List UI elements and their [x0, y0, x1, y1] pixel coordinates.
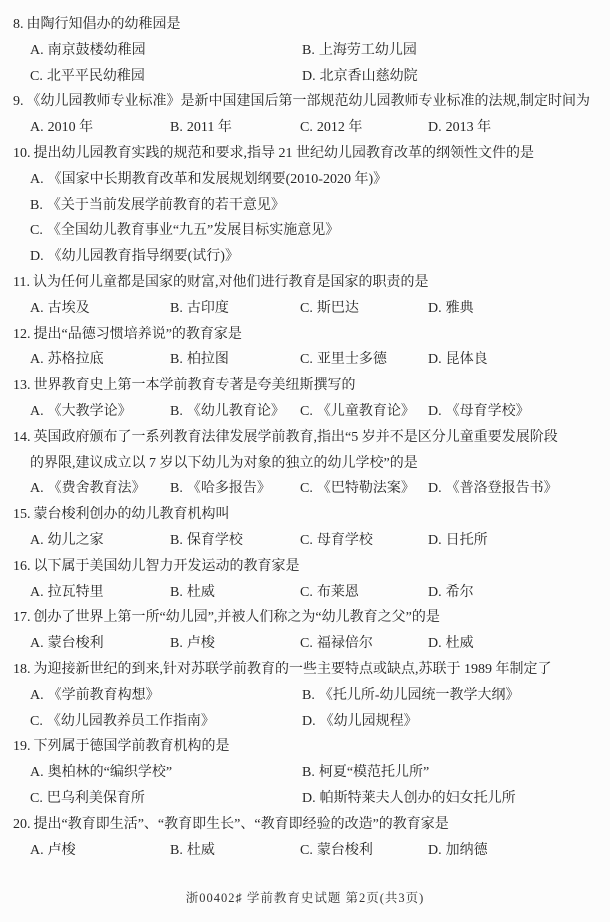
option-text: 北京香山慈幼院 — [320, 69, 418, 84]
option-label: D. — [428, 301, 442, 316]
option-label: D. — [302, 791, 316, 806]
option-label: C. — [300, 404, 313, 419]
question-stem: 17.创办了世界上第一所“幼儿园”,并被人们称之为“幼儿教育之父”的是 — [13, 605, 610, 631]
option-text: 希尔 — [446, 585, 474, 600]
option-b: B.保育学校 — [170, 528, 300, 554]
option-label: C. — [300, 120, 313, 135]
option-text: 苏格拉底 — [48, 352, 104, 367]
option-label: A. — [30, 352, 44, 367]
option-a: A.幼儿之家 — [30, 528, 170, 554]
page-footer: 浙00402♯ 学前教育史试题 第2页(共3页) — [0, 888, 610, 906]
options-row: C.《幼儿园教养员工作指南》D.《幼儿园规程》 — [13, 709, 610, 735]
option-label: C. — [300, 352, 313, 367]
option-a: A.古埃及 — [30, 296, 170, 322]
option-text: 杜威 — [187, 843, 215, 858]
option-b: B.柏拉图 — [170, 347, 300, 373]
options-row: A.奥柏林的“编织学校”B.柯夏“模范托儿所” — [13, 760, 610, 786]
option-d: D.杜威 — [428, 631, 474, 657]
option-b: B.柯夏“模范托儿所” — [302, 760, 429, 786]
options-row: C.《全国幼儿教育事业“九五”发展目标实施意见》 — [13, 218, 610, 244]
option-text: 母育学校 — [317, 533, 373, 548]
option-text: 2011 年 — [187, 120, 232, 135]
option-text: 北平平民幼稚园 — [47, 69, 145, 84]
option-label: A. — [30, 120, 44, 135]
option-text: 昆体良 — [446, 352, 488, 367]
option-text: 亚里士多德 — [317, 352, 387, 367]
option-label: A. — [30, 404, 44, 419]
option-label: A. — [30, 585, 44, 600]
option-label: C. — [300, 533, 313, 548]
option-label: D. — [428, 481, 442, 496]
question-number: 17. — [13, 610, 31, 625]
option-label: C. — [30, 791, 43, 806]
option-d: D.《幼儿园规程》 — [302, 709, 418, 735]
option-label: B. — [170, 352, 183, 367]
question-11: 11.认为任何儿童都是国家的财富,对他们进行教育是国家的职责的是A.古埃及B.古… — [13, 270, 610, 322]
option-b: B.《哈多报告》 — [170, 476, 300, 502]
option-text: 帕斯特莱夫人创办的妇女托儿所 — [320, 791, 516, 806]
option-text: 《幼儿园教育指导纲要(试行)》 — [48, 249, 239, 264]
option-label: C. — [300, 843, 313, 858]
options-row: A.拉瓦特里B.杜威C.布莱恩D.希尔 — [13, 580, 610, 606]
option-c: C.蒙台梭利 — [300, 838, 428, 864]
option-label: A. — [30, 301, 44, 316]
question-number: 10. — [13, 146, 31, 161]
option-text: 2010 年 — [48, 120, 94, 135]
option-d: D.加纳德 — [428, 838, 488, 864]
option-text: 《巴特勒法案》 — [317, 481, 415, 496]
option-c: C.《全国幼儿教育事业“九五”发展目标实施意见》 — [30, 218, 339, 244]
option-c: C.巴乌利美保育所 — [30, 786, 302, 812]
question-stem-text: 英国政府颁布了一系列教育法律发展学前教育,指出“5 岁并不是区分儿童重要发展阶段 — [34, 430, 558, 445]
options-row: B.《关于当前发展学前教育的若干意见》 — [13, 193, 610, 219]
option-a: A.蒙台梭利 — [30, 631, 170, 657]
question-stem-text: 由陶行知倡办的幼稚园是 — [27, 17, 181, 32]
question-12: 12.提出“品德习惯培养说”的教育家是A.苏格拉底B.柏拉图C.亚里士多德D.昆… — [13, 322, 610, 374]
option-label: C. — [30, 223, 43, 238]
option-text: 蒙台梭利 — [317, 843, 373, 858]
option-label: A. — [30, 843, 44, 858]
question-list: 8.由陶行知倡办的幼稚园是A.南京鼓楼幼稚园B.上海劳工幼儿园C.北平平民幼稚园… — [13, 12, 610, 863]
question-stem: 8.由陶行知倡办的幼稚园是 — [13, 12, 610, 38]
question-stem-text: 蒙台梭利创办的幼儿教育机构叫 — [34, 507, 230, 522]
option-c: C.2012 年 — [300, 115, 428, 141]
option-a: A.苏格拉底 — [30, 347, 170, 373]
question-stem-text: 提出幼儿园教育实践的规范和要求,指导 21 世纪幼儿园教育改革的纲领性文件的是 — [34, 146, 535, 161]
option-label: C. — [300, 481, 313, 496]
option-text: 柏拉图 — [187, 352, 229, 367]
option-label: A. — [30, 481, 44, 496]
option-text: 卢梭 — [48, 843, 76, 858]
option-label: B. — [170, 404, 183, 419]
question-number: 13. — [13, 378, 31, 393]
option-text: 奥柏林的“编织学校” — [48, 765, 172, 780]
exam-page: 8.由陶行知倡办的幼稚园是A.南京鼓楼幼稚园B.上海劳工幼儿园C.北平平民幼稚园… — [0, 0, 610, 922]
option-label: D. — [428, 843, 442, 858]
option-b: B.2011 年 — [170, 115, 300, 141]
option-label: C. — [30, 714, 43, 729]
option-label: B. — [170, 585, 183, 600]
question-stem-text: 认为任何儿童都是国家的财富,对他们进行教育是国家的职责的是 — [33, 275, 429, 290]
question-stem-text: 提出“教育即生活”、“教育即生长”、“教育即经验的改造”的教育家是 — [34, 817, 449, 832]
question-stem: 10.提出幼儿园教育实践的规范和要求,指导 21 世纪幼儿园教育改革的纲领性文件… — [13, 141, 610, 167]
option-text: 柯夏“模范托儿所” — [319, 765, 429, 780]
question-stem-text: 下列属于德国学前教育机构的是 — [34, 739, 230, 754]
option-label: D. — [302, 69, 316, 84]
option-text: 斯巴达 — [317, 301, 359, 316]
question-number: 8. — [13, 17, 24, 32]
option-b: B.《关于当前发展学前教育的若干意见》 — [30, 193, 285, 219]
option-text: 2013 年 — [446, 120, 492, 135]
option-label: B. — [302, 688, 315, 703]
option-b: B.卢梭 — [170, 631, 300, 657]
question-number: 18. — [13, 662, 31, 677]
option-label: D. — [30, 249, 44, 264]
question-8: 8.由陶行知倡办的幼稚园是A.南京鼓楼幼稚园B.上海劳工幼儿园C.北平平民幼稚园… — [13, 12, 610, 89]
option-b: B.上海劳工幼儿园 — [302, 38, 417, 64]
question-stem: 13.世界教育史上第一本学前教育专著是夸美纽斯撰写的 — [13, 373, 610, 399]
option-label: B. — [302, 43, 315, 58]
option-text: 《关于当前发展学前教育的若干意见》 — [47, 198, 285, 213]
option-text: 古埃及 — [48, 301, 90, 316]
option-label: D. — [302, 714, 316, 729]
option-text: 《国家中长期教育改革和发展规划纲要(2010-2020 年)》 — [48, 172, 388, 187]
option-text: 《大教学论》 — [48, 404, 132, 419]
option-label: C. — [300, 585, 313, 600]
option-c: C.《幼儿园教养员工作指南》 — [30, 709, 302, 735]
option-text: 巴乌利美保育所 — [47, 791, 145, 806]
option-label: C. — [300, 301, 313, 316]
question-stem-text: 以下属于美国幼儿智力开发运动的教育家是 — [34, 559, 300, 574]
option-d: D.《母育学校》 — [428, 399, 530, 425]
option-d: D.2013 年 — [428, 115, 491, 141]
option-label: A. — [30, 43, 44, 58]
question-20: 20.提出“教育即生活”、“教育即生长”、“教育即经验的改造”的教育家是A.卢梭… — [13, 812, 610, 864]
option-text: 《儿童教育论》 — [317, 404, 415, 419]
question-17: 17.创办了世界上第一所“幼儿园”,并被人们称之为“幼儿教育之父”的是A.蒙台梭… — [13, 605, 610, 657]
option-label: A. — [30, 172, 44, 187]
option-label: B. — [170, 843, 183, 858]
options-row: A.苏格拉底B.柏拉图C.亚里士多德D.昆体良 — [13, 347, 610, 373]
question-13: 13.世界教育史上第一本学前教育专著是夸美纽斯撰写的A.《大教学论》B.《幼儿教… — [13, 373, 610, 425]
option-c: C.斯巴达 — [300, 296, 428, 322]
question-14: 14.英国政府颁布了一系列教育法律发展学前教育,指出“5 岁并不是区分儿童重要发… — [13, 425, 610, 502]
option-a: A.卢梭 — [30, 838, 170, 864]
question-number: 12. — [13, 327, 31, 342]
option-label: B. — [170, 301, 183, 316]
option-text: 《普洛登报告书》 — [446, 481, 558, 496]
option-label: C. — [30, 69, 43, 84]
question-stem: 19.下列属于德国学前教育机构的是 — [13, 734, 610, 760]
option-a: A.《学前教育构想》 — [30, 683, 302, 709]
option-label: A. — [30, 765, 44, 780]
question-stem: 14.英国政府颁布了一系列教育法律发展学前教育,指出“5 岁并不是区分儿童重要发… — [13, 425, 610, 451]
option-text: 《托儿所-幼儿园统一教学大纲》 — [319, 688, 520, 703]
option-label: D. — [428, 352, 442, 367]
question-number: 20. — [13, 817, 31, 832]
question-number: 19. — [13, 739, 31, 754]
option-label: D. — [428, 404, 442, 419]
option-text: 上海劳工幼儿园 — [319, 43, 417, 58]
option-a: A.《费舍教育法》 — [30, 476, 170, 502]
option-label: B. — [170, 120, 183, 135]
option-text: 福禄倍尔 — [317, 636, 373, 651]
option-b: B.《托儿所-幼儿园统一教学大纲》 — [302, 683, 520, 709]
option-c: C.福禄倍尔 — [300, 631, 428, 657]
option-label: B. — [170, 636, 183, 651]
option-a: A.拉瓦特里 — [30, 580, 170, 606]
options-row: A.幼儿之家B.保育学校C.母育学校D.日托所 — [13, 528, 610, 554]
option-c: C.亚里士多德 — [300, 347, 428, 373]
options-row: A.《国家中长期教育改革和发展规划纲要(2010-2020 年)》 — [13, 167, 610, 193]
option-text: 幼儿之家 — [48, 533, 104, 548]
options-row: A.蒙台梭利B.卢梭C.福禄倍尔D.杜威 — [13, 631, 610, 657]
question-18: 18.为迎接新世纪的到来,针对苏联学前教育的一些主要特点或缺点,苏联于 1989… — [13, 657, 610, 734]
option-text: 《幼儿园规程》 — [320, 714, 418, 729]
options-row: A.2010 年B.2011 年C.2012 年D.2013 年 — [13, 115, 610, 141]
question-stem-continued: 的界限,建议成立以 7 岁以下幼儿为对象的独立的幼儿学校”的是 — [13, 451, 610, 477]
option-text: 《费舍教育法》 — [48, 481, 146, 496]
option-text: 南京鼓楼幼稚园 — [48, 43, 146, 58]
option-d: D.帕斯特莱夫人创办的妇女托儿所 — [302, 786, 516, 812]
option-text: 杜威 — [187, 585, 215, 600]
option-text: 卢梭 — [187, 636, 215, 651]
option-label: A. — [30, 636, 44, 651]
option-d: D.昆体良 — [428, 347, 488, 373]
option-c: C.母育学校 — [300, 528, 428, 554]
question-number: 16. — [13, 559, 31, 574]
options-row: A.《大教学论》B.《幼儿教育论》C.《儿童教育论》D.《母育学校》 — [13, 399, 610, 425]
option-text: 《幼儿教育论》 — [187, 404, 285, 419]
option-b: B.古印度 — [170, 296, 300, 322]
option-c: C.《儿童教育论》 — [300, 399, 428, 425]
question-number: 9. — [13, 94, 24, 109]
option-text: 杜威 — [446, 636, 474, 651]
options-row: A.南京鼓楼幼稚园B.上海劳工幼儿园 — [13, 38, 610, 64]
option-label: A. — [30, 533, 44, 548]
option-text: 日托所 — [446, 533, 488, 548]
option-a: A.南京鼓楼幼稚园 — [30, 38, 302, 64]
options-row: A.《费舍教育法》B.《哈多报告》C.《巴特勒法案》D.《普洛登报告书》 — [13, 476, 610, 502]
option-label: B. — [170, 481, 183, 496]
question-number: 15. — [13, 507, 31, 522]
option-text: 蒙台梭利 — [48, 636, 104, 651]
option-d: D.日托所 — [428, 528, 488, 554]
question-9: 9.《幼儿园教师专业标准》是新中国建国后第一部规范幼儿园教师专业标准的法规,制定… — [13, 89, 610, 141]
option-c: C.布莱恩 — [300, 580, 428, 606]
option-b: B.杜威 — [170, 580, 300, 606]
option-text: 雅典 — [446, 301, 474, 316]
option-c: C.北平平民幼稚园 — [30, 64, 302, 90]
question-stem-text: 创办了世界上第一所“幼儿园”,并被人们称之为“幼儿教育之父”的是 — [34, 610, 440, 625]
options-row: D.《幼儿园教育指导纲要(试行)》 — [13, 244, 610, 270]
question-10: 10.提出幼儿园教育实践的规范和要求,指导 21 世纪幼儿园教育改革的纲领性文件… — [13, 141, 610, 270]
options-row: A.《学前教育构想》B.《托儿所-幼儿园统一教学大纲》 — [13, 683, 610, 709]
option-d: D.北京香山慈幼院 — [302, 64, 418, 90]
option-b: B.杜威 — [170, 838, 300, 864]
question-stem-text: 为迎接新世纪的到来,针对苏联学前教育的一些主要特点或缺点,苏联于 1989 年制… — [34, 662, 552, 677]
question-stem-text: 《幼儿园教师专业标准》是新中国建国后第一部规范幼儿园教师专业标准的法规,制定时间… — [27, 94, 591, 109]
question-15: 15.蒙台梭利创办的幼儿教育机构叫A.幼儿之家B.保育学校C.母育学校D.日托所 — [13, 502, 610, 554]
option-label: D. — [428, 120, 442, 135]
question-number: 11. — [13, 275, 30, 290]
question-stem-text: 世界教育史上第一本学前教育专著是夸美纽斯撰写的 — [34, 378, 356, 393]
option-label: C. — [300, 636, 313, 651]
options-row: A.卢梭B.杜威C.蒙台梭利D.加纳德 — [13, 838, 610, 864]
option-b: B.《幼儿教育论》 — [170, 399, 300, 425]
question-stem: 20.提出“教育即生活”、“教育即生长”、“教育即经验的改造”的教育家是 — [13, 812, 610, 838]
option-text: 古印度 — [187, 301, 229, 316]
question-19: 19.下列属于德国学前教育机构的是A.奥柏林的“编织学校”B.柯夏“模范托儿所”… — [13, 734, 610, 811]
option-text: 《幼儿园教养员工作指南》 — [47, 714, 215, 729]
option-text: 布莱恩 — [317, 585, 359, 600]
option-label: D. — [428, 533, 442, 548]
option-d: D.《幼儿园教育指导纲要(试行)》 — [30, 244, 239, 270]
option-text: 加纳德 — [446, 843, 488, 858]
option-label: B. — [170, 533, 183, 548]
option-text: 《全国幼儿教育事业“九五”发展目标实施意见》 — [47, 223, 339, 238]
option-text: 2012 年 — [317, 120, 363, 135]
option-label: D. — [428, 636, 442, 651]
option-d: D.《普洛登报告书》 — [428, 476, 558, 502]
option-a: A.奥柏林的“编织学校” — [30, 760, 302, 786]
question-stem: 18.为迎接新世纪的到来,针对苏联学前教育的一些主要特点或缺点,苏联于 1989… — [13, 657, 610, 683]
option-a: A.《国家中长期教育改革和发展规划纲要(2010-2020 年)》 — [30, 167, 387, 193]
option-d: D.希尔 — [428, 580, 474, 606]
option-label: B. — [30, 198, 43, 213]
option-label: D. — [428, 585, 442, 600]
option-c: C.《巴特勒法案》 — [300, 476, 428, 502]
option-a: A.2010 年 — [30, 115, 170, 141]
question-number: 14. — [13, 430, 31, 445]
question-stem-text: 提出“品德习惯培养说”的教育家是 — [34, 327, 242, 342]
option-text: 保育学校 — [187, 533, 243, 548]
options-row: C.巴乌利美保育所D.帕斯特莱夫人创办的妇女托儿所 — [13, 786, 610, 812]
options-row: A.古埃及B.古印度C.斯巴达D.雅典 — [13, 296, 610, 322]
option-text: 《学前教育构想》 — [48, 688, 160, 703]
question-16: 16.以下属于美国幼儿智力开发运动的教育家是A.拉瓦特里B.杜威C.布莱恩D.希… — [13, 554, 610, 606]
question-stem: 15.蒙台梭利创办的幼儿教育机构叫 — [13, 502, 610, 528]
question-stem: 16.以下属于美国幼儿智力开发运动的教育家是 — [13, 554, 610, 580]
option-a: A.《大教学论》 — [30, 399, 170, 425]
option-label: B. — [302, 765, 315, 780]
options-row: C.北平平民幼稚园D.北京香山慈幼院 — [13, 64, 610, 90]
option-text: 《哈多报告》 — [187, 481, 271, 496]
question-stem: 9.《幼儿园教师专业标准》是新中国建国后第一部规范幼儿园教师专业标准的法规,制定… — [13, 89, 610, 115]
option-label: A. — [30, 688, 44, 703]
option-text: 拉瓦特里 — [48, 585, 104, 600]
option-text: 《母育学校》 — [446, 404, 530, 419]
question-stem: 11.认为任何儿童都是国家的财富,对他们进行教育是国家的职责的是 — [13, 270, 610, 296]
question-stem: 12.提出“品德习惯培养说”的教育家是 — [13, 322, 610, 348]
option-d: D.雅典 — [428, 296, 474, 322]
